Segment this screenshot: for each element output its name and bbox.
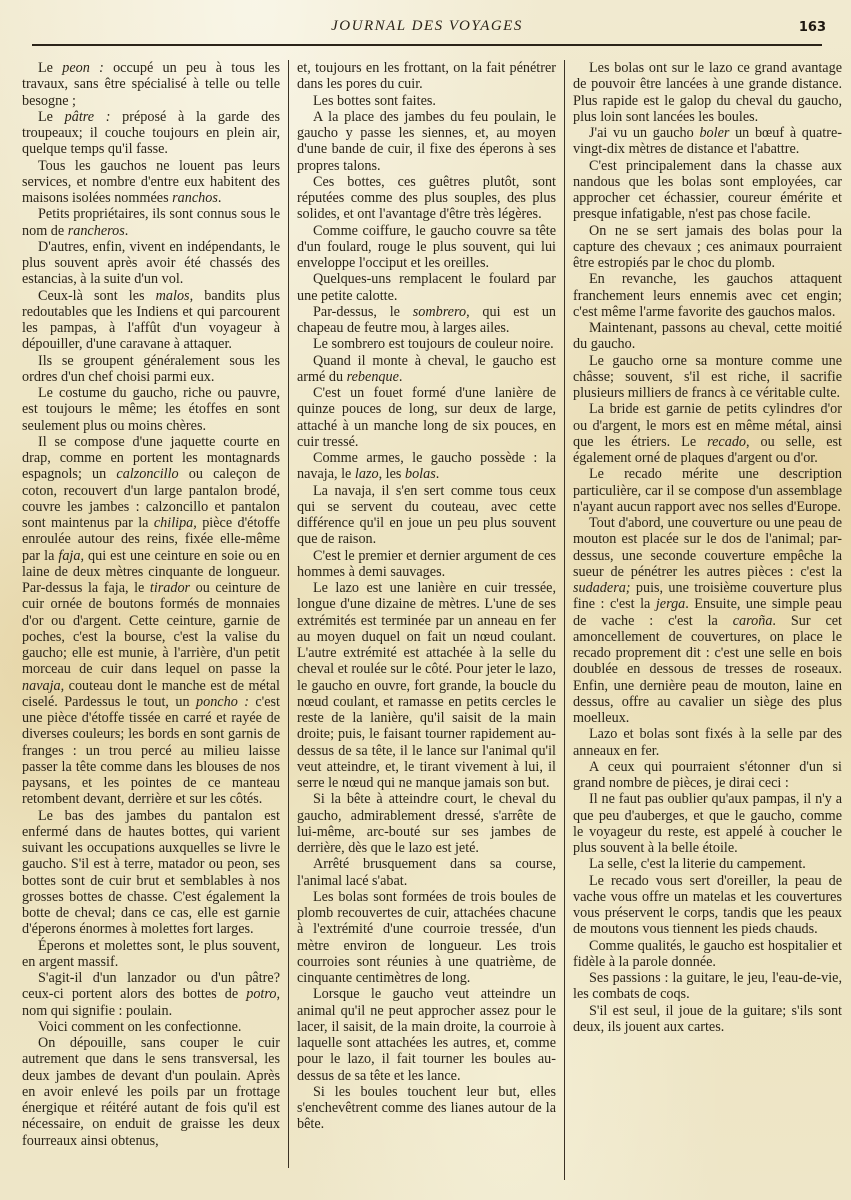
italic-term: ranchos — [172, 190, 218, 206]
paragraph: J'ai vu un gaucho boler un bœuf à quatre… — [573, 125, 842, 158]
paragraph: Quelques-uns remplacent le foulard par u… — [297, 271, 556, 304]
text-run: . — [218, 190, 222, 206]
text-run: C'est le premier et dernier argument de … — [297, 548, 556, 580]
paragraph: A la place des jambes du feu poulain, le… — [297, 109, 556, 174]
paragraph: Le peon : occupé un peu à tous les trava… — [22, 60, 280, 109]
text-run: Les bottes sont faites. — [313, 93, 436, 109]
text-column-1: Le peon : occupé un peu à tous les trava… — [22, 60, 288, 1180]
text-run: Le sombrero est toujours de couleur noir… — [313, 336, 554, 352]
paragraph: Le bas des jambes du pantalon est enferm… — [22, 808, 280, 938]
text-run: Le recado vous sert d'oreiller, la peau … — [573, 873, 842, 938]
text-run: D'autres, enfin, vivent en indépendants,… — [22, 239, 280, 288]
text-run: Lazo et bolas sont fixés à la selle par … — [573, 726, 842, 758]
text-run: Ses passions : la guitare, le jeu, l'eau… — [573, 970, 842, 1002]
paragraph: Arrêté brusquement dans sa course, l'ani… — [297, 856, 556, 889]
paragraph: Tous les gauchos ne louent pas leurs ser… — [22, 158, 280, 207]
text-run: C'est un fouet formé d'une lanière de qu… — [297, 385, 556, 450]
text-run: Ils se groupent généralement sous les or… — [22, 353, 280, 385]
paragraph: Le sombrero est toujours de couleur noir… — [297, 336, 556, 352]
text-run: Maintenant, passons au cheval, cette moi… — [573, 320, 842, 352]
journal-title: JOURNAL DES VOYAGES — [32, 18, 822, 35]
text-run: Arrêté brusquement dans sa course, l'ani… — [297, 856, 556, 888]
text-run: Le costume du gaucho, riche ou pauvre, e… — [22, 385, 280, 434]
paragraph: Comme qualités, le gaucho est hospitalie… — [573, 938, 842, 971]
paragraph: Le lazo est une lanière en cuir tressée,… — [297, 580, 556, 791]
italic-term: sudadera; — [573, 580, 631, 596]
italic-term: rancheros — [68, 223, 125, 239]
text-run: En revanche, les gauchos attaquent franc… — [573, 271, 842, 320]
italic-term: pâtre : — [65, 109, 111, 125]
article-body: Le peon : occupé un peu à tous les trava… — [22, 60, 842, 1180]
italic-term: faja — [58, 548, 80, 564]
page-header: JOURNAL DES VOYAGES 163 — [32, 18, 822, 50]
text-run: A la place des jambes du feu poulain, le… — [297, 109, 556, 174]
paragraph: Le costume du gaucho, riche ou pauvre, e… — [22, 385, 280, 434]
paragraph: Comme coiffure, le gaucho couvre sa tête… — [297, 223, 556, 272]
paragraph: D'autres, enfin, vivent en indépendants,… — [22, 239, 280, 288]
paragraph: Si les boules touchent leur but, elles s… — [297, 1084, 556, 1133]
text-run: Le bas des jambes du pantalon est enferm… — [22, 808, 280, 938]
italic-term: jerga — [656, 596, 685, 612]
paragraph: En revanche, les gauchos attaquent franc… — [573, 271, 842, 320]
paragraph: Lazo et bolas sont fixés à la selle par … — [573, 726, 842, 759]
italic-term: sombrero — [413, 304, 466, 320]
text-run: S'agit-il d'un lanzador ou d'un pâtre? c… — [22, 970, 280, 1002]
paragraph: La bride est garnie de petits cylindres … — [573, 401, 842, 466]
text-run: Éperons et molettes sont, le plus souven… — [22, 938, 280, 970]
text-run: La navaja, il s'en sert comme tous ceux … — [297, 483, 556, 548]
paragraph: Éperons et molettes sont, le plus souven… — [22, 938, 280, 971]
text-run: Voici comment on les confectionne. — [38, 1019, 241, 1035]
text-run: Ces bottes, ces guêtres plutôt, sont rép… — [297, 174, 556, 223]
paragraph: Les bolas sont formées de trois boules d… — [297, 889, 556, 987]
italic-term: recado — [707, 434, 746, 450]
paragraph: Le pâtre : préposé à la garde des troupe… — [22, 109, 280, 158]
italic-term: calzoncillo — [116, 466, 178, 482]
text-run: J'ai vu un gaucho — [589, 125, 699, 141]
paragraph: S'il est seul, il joue de la guitare; s'… — [573, 1003, 842, 1036]
page-number: 163 — [799, 20, 826, 35]
text-run: Si la bête à atteindre court, le cheval … — [297, 791, 556, 856]
paragraph: A ceux qui pourraient s'étonner d'un si … — [573, 759, 842, 792]
paragraph: Ceux-là sont les malos, bandits plus red… — [22, 288, 280, 353]
paragraph: C'est un fouet formé d'une lanière de qu… — [297, 385, 556, 450]
text-run: Comme coiffure, le gaucho couvre sa tête… — [297, 223, 556, 272]
text-run: . — [125, 223, 129, 239]
italic-term: bolas — [405, 466, 436, 482]
paragraph: Petits propriétaires, ils sont connus so… — [22, 206, 280, 239]
italic-term: boler — [699, 125, 729, 141]
paragraph: S'agit-il d'un lanzador ou d'un pâtre? c… — [22, 970, 280, 1019]
paragraph: Voici comment on les confectionne. — [22, 1019, 280, 1035]
paragraph: Quand il monte à cheval, le gaucho est a… — [297, 353, 556, 386]
paragraph: Ces bottes, ces guêtres plutôt, sont rép… — [297, 174, 556, 223]
paragraph: Il ne faut pas oublier qu'aux pampas, il… — [573, 791, 842, 856]
paragraph: La selle, c'est la literie du campement. — [573, 856, 842, 872]
text-run: Le lazo est une lanière en cuir tressée,… — [297, 580, 556, 791]
italic-term: caroña — [733, 613, 773, 629]
text-run: , les — [379, 466, 405, 482]
italic-term: poncho : — [196, 694, 249, 710]
paragraph: C'est principalement dans la chasse aux … — [573, 158, 842, 223]
text-run: Les bolas ont sur le lazo ce grand avant… — [573, 60, 842, 125]
italic-term: navaja — [22, 678, 61, 694]
text-run: Comme qualités, le gaucho est hospitalie… — [573, 938, 842, 970]
paragraph: La navaja, il s'en sert comme tous ceux … — [297, 483, 556, 548]
text-run: Si les boules touchent leur but, elles s… — [297, 1084, 556, 1133]
paragraph: Tout d'abord, une couverture ou une peau… — [573, 515, 842, 726]
paragraph: Ses passions : la guitare, le jeu, l'eau… — [573, 970, 842, 1003]
italic-term: malos — [156, 288, 190, 304]
text-run: Quelques-uns remplacent le foulard par u… — [297, 271, 556, 303]
text-run: Il ne faut pas oublier qu'aux pampas, il… — [573, 791, 842, 856]
text-run: . Sur cet amoncellement de couvertures, … — [573, 613, 842, 727]
text-run: On dépouille, sans couper le cuir autrem… — [22, 1035, 280, 1149]
italic-term: lazo — [355, 466, 379, 482]
text-run: A ceux qui pourraient s'étonner d'un si … — [573, 759, 842, 791]
text-run: Ceux-là sont les — [38, 288, 156, 304]
paragraph: Le gaucho orne sa monture comme une châs… — [573, 353, 842, 402]
italic-term: peon : — [62, 60, 104, 76]
text-run: Le — [38, 109, 65, 125]
text-run: C'est principalement dans la chasse aux … — [573, 158, 842, 223]
italic-term: tirador — [150, 580, 190, 596]
header-rule — [32, 44, 822, 46]
paragraph: Le recado mérite une description particu… — [573, 466, 842, 515]
text-run: Les bolas sont formées de trois boules d… — [297, 889, 556, 986]
paragraph: On ne se sert jamais des bolas pour la c… — [573, 223, 842, 272]
paragraph: Comme armes, le gaucho possède : la nava… — [297, 450, 556, 483]
text-column-2: et, toujours en les frottant, on la fait… — [288, 60, 564, 1168]
text-run: La selle, c'est la literie du campement. — [589, 856, 806, 872]
text-run: On ne se sert jamais des bolas pour la c… — [573, 223, 842, 272]
paragraph: Par-dessus, le sombrero, qui est un chap… — [297, 304, 556, 337]
text-run: Lorsque le gaucho veut atteindre un anim… — [297, 986, 556, 1083]
paragraph: C'est le premier et dernier argument de … — [297, 548, 556, 581]
text-run: S'il est seul, il joue de la guitare; s'… — [573, 1003, 842, 1035]
text-run: et, toujours en les frottant, on la fait… — [297, 60, 556, 92]
paragraph: Les bolas ont sur le lazo ce grand avant… — [573, 60, 842, 125]
paragraph: Lorsque le gaucho veut atteindre un anim… — [297, 986, 556, 1084]
text-run: Tout d'abord, une couverture ou une peau… — [573, 515, 842, 580]
text-run: Le recado mérite une description particu… — [573, 466, 842, 515]
text-column-3: Les bolas ont sur le lazo ce grand avant… — [564, 60, 842, 1180]
text-run: Le gaucho orne sa monture comme une châs… — [573, 353, 842, 402]
text-run: . — [436, 466, 440, 482]
paragraph: Ils se groupent généralement sous les or… — [22, 353, 280, 386]
italic-term: rebenque — [347, 369, 399, 385]
paragraph: On dépouille, sans couper le cuir autrem… — [22, 1035, 280, 1149]
text-run: Tous les gauchos ne louent pas leurs ser… — [22, 158, 280, 207]
paragraph: Les bottes sont faites. — [297, 93, 556, 109]
paragraph: et, toujours en les frottant, on la fait… — [297, 60, 556, 93]
text-run: Par-dessus, le — [313, 304, 413, 320]
italic-term: chilipa, — [154, 515, 197, 531]
paragraph: Le recado vous sert d'oreiller, la peau … — [573, 873, 842, 938]
text-run: c'est une pièce d'étoffe tissée en carré… — [22, 694, 280, 808]
text-run: Petits propriétaires, ils sont connus so… — [22, 206, 280, 238]
text-run: Le — [38, 60, 62, 76]
text-run: Quand il monte à cheval, le gaucho est a… — [297, 353, 556, 385]
text-run: . — [399, 369, 403, 385]
paragraph: Maintenant, passons au cheval, cette moi… — [573, 320, 842, 353]
italic-term: potro — [246, 986, 276, 1002]
paragraph: Si la bête à atteindre court, le cheval … — [297, 791, 556, 856]
paragraph: Il se compose d'une jaquette courte en d… — [22, 434, 280, 808]
